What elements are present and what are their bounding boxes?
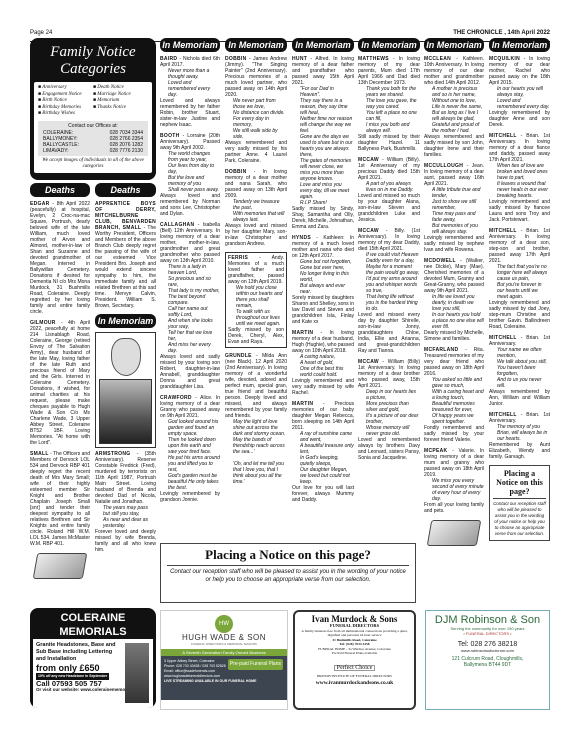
bible-icon: [427, 520, 482, 546]
categories-title: Family Notice Categories: [34, 44, 152, 78]
memoriam-notice: MATTHEWS - In loving memory of my dear p…: [358, 56, 420, 152]
memoriam-notice: MCDOWELL - (Walker, nee Dickie), Mary (M…: [424, 258, 484, 342]
bible-icon: [33, 553, 88, 579]
office-contacts: Contact our Offices at: COLERAINE:028 70…: [38, 121, 148, 156]
memoriam-notice: HUNT - Alfred. In loving memory of a dea…: [292, 56, 354, 230]
memoriam-notice: MCCAW - William (Billy) 1st Anniversary.…: [358, 359, 420, 461]
memoriam-notice: MITCHELL - Brian. 1st Anniversary.Your n…: [489, 335, 550, 407]
images-accepted-note: We accept images of individuals in all o…: [38, 158, 148, 170]
djm-robinson-ad: DJM Robinson & Son Serving the community…: [425, 610, 550, 710]
section-banner: Deaths: [95, 183, 156, 197]
ivan-murdock-ad: Ivan Murdock & Sons FUNERAL DIRECTORS A …: [293, 610, 416, 710]
section-banner: In Memoriam: [424, 38, 484, 52]
memoriam-column-5: In Memoriam HUNT - Alfred. In loving mem…: [292, 38, 354, 538]
paper-masthead: THE CHRONICLE , 14th April 2022: [453, 30, 550, 36]
memoriam-notice: MCPEAK - Valerie. In loving memory of a …: [424, 448, 484, 514]
memoriam-notice: MARTIN - In loving memory of a dear husb…: [292, 330, 354, 396]
memoriam-notice: GRUNDLE - Milda Ann (nee Black). 12 Apri…: [225, 353, 287, 485]
memoriam-notice: MCCAW - Billy. (1st Anniversary). In lov…: [358, 228, 420, 354]
deaths-column-1: Deaths EDGAR - 8th April 2022 (peacefull…: [30, 183, 90, 603]
contact-title: Contact our Offices at:: [43, 123, 143, 129]
memoriam-notice: MCCULLOUGH - Jean. In loving memory of a…: [424, 163, 484, 253]
death-notice: APPRENTICE BOYS OF DERRY, MITCHELBURNE C…: [95, 201, 156, 309]
section-banner: In Memoriam: [358, 38, 420, 52]
family-notice-categories: Family Notice Categories Anniversary Dea…: [30, 38, 156, 180]
office-town: LIMAVADY:: [43, 148, 69, 154]
memoriam-notice: BOOTH - Lorraine (20th Anniversary). Pas…: [160, 133, 220, 217]
memoriam-column-3: In Memoriam BAIRD - Nichola died 6th Apr…: [160, 38, 220, 538]
memoriam-notice: ARMSTRONG - (35th Anniversary). Reserve …: [95, 451, 156, 553]
memoriam-notice-boxed: FERRIS - Andy. Memories of a much loved …: [225, 252, 287, 348]
portrait-photo: [99, 379, 152, 444]
memoriam-notice: MARTIN - Precious memories of our baby d…: [292, 401, 354, 503]
death-notice: GILMOUR - 4th April 2022, peacefully at …: [30, 320, 90, 446]
memoriam-notice: MITCHELL - Brian. 1st Anniversary. In lo…: [489, 228, 550, 330]
memoriam-column-6: In Memoriam MATTHEWS - In loving memory …: [358, 38, 420, 538]
memoriam-column-7: In Memoriam MCCLEAN - Kathleen. 10th Ann…: [424, 38, 484, 608]
placing-text: Contact our reception staff who will be …: [493, 501, 546, 537]
memoriam-column-8: In Memoriam MCQUILKIN - In loving memory…: [489, 38, 550, 608]
memoriam-notice: MCQUILKIN - In loving memory of our dear…: [489, 56, 550, 128]
memoriam-notice: DOBBIN - In loving memory of a dear moth…: [225, 169, 287, 247]
prepaid-badge: Pre-paid Funeral Plans: [228, 659, 283, 670]
placing-title: Placing a Notice on this page?: [167, 547, 409, 566]
section-banner: In Memoriam: [95, 314, 156, 328]
memoriam-notice: MCCAW - William (Billy). 1st Anniversary…: [358, 157, 420, 223]
ad-title: COLERAINE MEMORIALS: [33, 611, 153, 639]
memoriam-notice: HYNDS - Kathleen: In memory of a much lo…: [292, 235, 354, 325]
category-item: Thanks Notice: [93, 105, 148, 112]
police-crest-icon: [111, 338, 141, 376]
death-notice: EDGAR - 8th April 2022 (peacefully) at h…: [30, 201, 90, 315]
coleraine-memorials-ad: COLERAINE MEMORIALS Granite Headstones, …: [30, 608, 156, 708]
placing-text: Contact our reception staff who will be …: [167, 568, 409, 584]
memoriam-notice: CALLAGHAN - Isabella (Bell) 12th Anniver…: [160, 222, 220, 390]
hugh-wade-ad: HW HUGH WADE & SON FUNERAL DIRECTORS & M…: [160, 610, 288, 710]
memoriam-notice: CRAWFORD - Alice. In loving memory of a …: [160, 395, 220, 503]
hw-logo-icon: HW: [215, 615, 233, 633]
category-item: Birthday Wishes: [38, 111, 93, 118]
placing-notice-box-small: Placing a Notice on this page? Contact o…: [489, 465, 550, 541]
section-banner: In Memoriam: [489, 38, 550, 52]
memoriam-notice: MCCLEAN - Kathleen. 10th Anniversary. In…: [424, 56, 484, 158]
page-number: Page 24: [30, 30, 52, 36]
memoriam-notice: BAIRD - Nichola died 6th April 2017.Neve…: [160, 56, 220, 128]
memoriam-notice: MITCHELL - Brian. 1st Anniversary.The me…: [489, 412, 550, 460]
death-notice: SMALL - The Officers and Members of Derv…: [30, 451, 90, 547]
memoriam-notice: MITCHELL - Brian. 1st Anniversary. In lo…: [489, 133, 550, 223]
office-phone: 028 7776 2130: [110, 148, 143, 154]
section-banner: Deaths: [30, 183, 90, 197]
section-banner: In Memoriam: [160, 38, 220, 52]
memoriam-notice: MCFARLAND - Rita. Treasured memories of …: [424, 347, 484, 443]
placing-title: Placing a Notice on this page?: [493, 469, 546, 499]
memoriam-photo-notice: [95, 332, 156, 448]
office-row: LIMAVADY:028 7776 2130: [43, 148, 143, 154]
memoriam-notice: DOBBIN - James Andrew (Jimmy). "The Sing…: [225, 56, 287, 164]
memoriam-column-4: In Memoriam DOBBIN - James Andrew (Jimmy…: [225, 38, 287, 538]
section-banner: In Memoriam: [292, 38, 354, 52]
section-banner: In Memoriam: [225, 38, 287, 52]
headstone-image: [125, 643, 149, 703]
category-list: Anniversary Death Notice Engagement Noti…: [38, 85, 148, 118]
deaths-column-2: Deaths APPRENTICE BOYS OF DERRY, MITCHEL…: [95, 183, 156, 603]
placing-notice-box: Placing a Notice on this page? Contact o…: [160, 543, 416, 603]
